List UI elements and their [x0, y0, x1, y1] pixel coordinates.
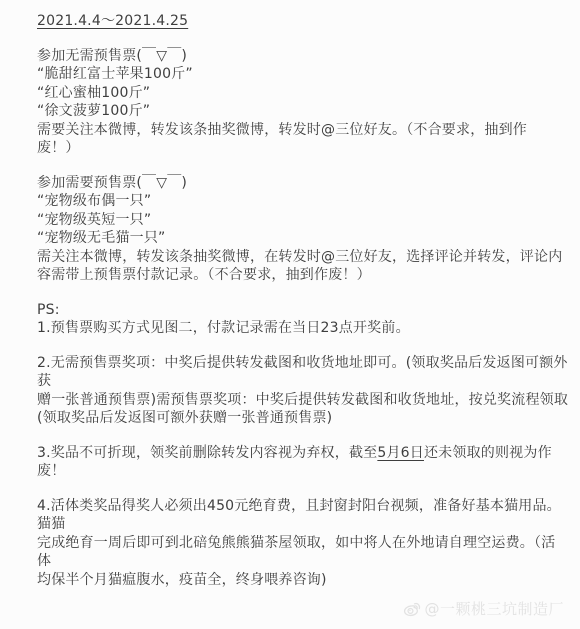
document-body: 2021.4.4～2021.4.25参加无需预售票(￣▽￣)“脆甜红富士苹果10… — [37, 12, 564, 589]
date-range: 2021.4.4～2021.4.25 — [37, 12, 564, 31]
text-line: 2.无需预售票奖项：中奖后提供转发截图和收货地址即可。(领取奖品后发返图可额外 — [37, 354, 564, 373]
paragraph-need-presale-ticket: 参加需要预售票(￣▽￣)“宠物级布偶一只”“宠物级英短一只”“宠物级无毛猫一只”… — [37, 174, 564, 285]
text-line: “宠物级英短一只” — [37, 211, 564, 230]
text-line: (领取奖品后发返图可额外获赠一张普通预售票) — [37, 409, 564, 428]
text-segment: PS: — [37, 302, 60, 318]
weibo-watermark: @一颗桃三坑制造厂 — [402, 600, 564, 619]
post-text-screenshot: 2021.4.4～2021.4.25参加无需预售票(￣▽￣)“脆甜红富士苹果10… — [0, 0, 580, 629]
text-segment: (领取奖品后发返图可额外获赠一张普通预售票) — [37, 410, 332, 426]
text-line: 废！） — [37, 139, 564, 158]
paragraph-no-presale-ticket: 参加无需预售票(￣▽￣)“脆甜红富士苹果100斤”“红心蜜柚100斤”“徐文菠萝… — [37, 47, 564, 158]
text-segment: 参加无需预售票(￣▽￣) — [37, 48, 187, 64]
text-segment: 猫猫 — [37, 516, 65, 532]
text-line: 均保半个月猫瘟腹水，疫苗全，终身喂养咨询) — [37, 571, 564, 590]
paragraph-rule-4: 4.活体类奖品得奖人必须出450元绝育费，且封窗封阳台视频，准备好基本猫用品。猫… — [37, 497, 564, 590]
text-line: 需要关注本微博，转发该条抽奖微博，转发时@三位好友。（不合要求，抽到作 — [37, 121, 564, 140]
text-segment: 4.活体类奖品得奖人必须出450元绝育费，且封窗封阳台视频，准备好基本猫用品。 — [37, 498, 561, 514]
text-segment: 需关注本微博，转发该条抽奖微博，在转发时@三位好友，选择评论并转发，评论内 — [37, 249, 562, 265]
text-line: 参加无需预售票(￣▽￣) — [37, 47, 564, 66]
text-line: 体 — [37, 552, 564, 571]
text-segment: 废！ — [37, 463, 65, 479]
text-line: 需关注本微博，转发该条抽奖微博，在转发时@三位好友，选择评论并转发，评论内 — [37, 248, 564, 267]
text-segment: “宠物级英短一只” — [37, 212, 151, 228]
text-segment: “宠物级无毛猫一只” — [37, 230, 166, 246]
text-line: 猫猫 — [37, 515, 564, 534]
text-segment: 需要关注本微博，转发该条抽奖微博，转发时@三位好友。（不合要求，抽到作 — [37, 122, 527, 138]
weibo-logo-icon — [402, 600, 421, 619]
text-line: 4.活体类奖品得奖人必须出450元绝育费，且封窗封阳台视频，准备好基本猫用品。 — [37, 497, 564, 516]
text-segment: 均保半个月猫瘟腹水，疫苗全，终身喂养咨询) — [37, 572, 327, 588]
text-segment: “红心蜜柚100斤” — [37, 85, 150, 101]
watermark-text: @一颗桃三坑制造厂 — [424, 600, 564, 619]
text-line: “宠物级无毛猫一只” — [37, 229, 564, 248]
text-line: “脆甜红富士苹果100斤” — [37, 65, 564, 84]
paragraph-rule-3: 3.奖品不可折现，领奖前删除转发内容视为弃权，截至5月6日还未领取的则视为作废！ — [37, 444, 564, 481]
text-line: “宠物级布偶一只” — [37, 192, 564, 211]
text-line: 2021.4.4～2021.4.25 — [37, 12, 564, 31]
text-segment: 3.奖品不可折现，领奖前删除转发内容视为弃权，截至 — [37, 445, 377, 461]
text-line: “徐文菠萝100斤” — [37, 102, 564, 121]
text-segment: “脆甜红富士苹果100斤” — [37, 66, 193, 82]
paragraph-rule-2: 2.无需预售票奖项：中奖后提供转发截图和收货地址即可。(领取奖品后发返图可额外获… — [37, 354, 564, 428]
text-segment: 2.无需预售票奖项：中奖后提供转发截图和收货地址即可。(领取奖品后发返图可额外 — [37, 355, 568, 371]
text-segment: 获 — [37, 373, 51, 389]
text-line: 废！ — [37, 462, 564, 481]
text-segment: “徐文菠萝100斤” — [37, 103, 150, 119]
text-segment: 完成绝育一周后即可到北碚兔熊熊猫茶屋领取，如中将人在外地请自理空运费。（活 — [37, 535, 555, 551]
text-line: PS: — [37, 301, 564, 320]
detected-link-text[interactable]: 5月6日 — [377, 445, 424, 461]
text-line: 完成绝育一周后即可到北碚兔熊熊猫茶屋领取，如中将人在外地请自理空运费。（活 — [37, 534, 564, 553]
text-segment: 废！） — [37, 140, 80, 156]
text-segment: 还未领取的则视为作 — [424, 445, 552, 461]
text-line: 1.预售票购买方式见图二，付款记录需在当日23点开奖前。 — [37, 319, 564, 338]
text-segment: 赠一张普通预售票)需预售票奖项：中奖后提供转发截图和收货地址，按兑奖流程领取 — [37, 392, 568, 408]
text-line: 获 — [37, 372, 564, 391]
text-segment: 体 — [37, 553, 51, 569]
detected-link-text[interactable]: 2021.4.4～2021.4.25 — [37, 13, 188, 29]
text-line: 3.奖品不可折现，领奖前删除转发内容视为弃权，截至5月6日还未领取的则视为作 — [37, 444, 564, 463]
text-segment: 参加需要预售票(￣▽￣) — [37, 175, 187, 191]
paragraph-ps-rule-1: PS:1.预售票购买方式见图二，付款记录需在当日23点开奖前。 — [37, 301, 564, 338]
text-segment: “宠物级布偶一只” — [37, 193, 151, 209]
text-line: “红心蜜柚100斤” — [37, 84, 564, 103]
text-line: 赠一张普通预售票)需预售票奖项：中奖后提供转发截图和收货地址，按兑奖流程领取 — [37, 391, 564, 410]
text-line: 容需带上预售票付款记录。（不合要求，抽到作废！） — [37, 266, 564, 285]
text-segment: 1.预售票购买方式见图二，付款记录需在当日23点开奖前。 — [37, 320, 410, 336]
text-segment: 容需带上预售票付款记录。（不合要求，抽到作废！） — [37, 267, 371, 283]
text-line: 参加需要预售票(￣▽￣) — [37, 174, 564, 193]
